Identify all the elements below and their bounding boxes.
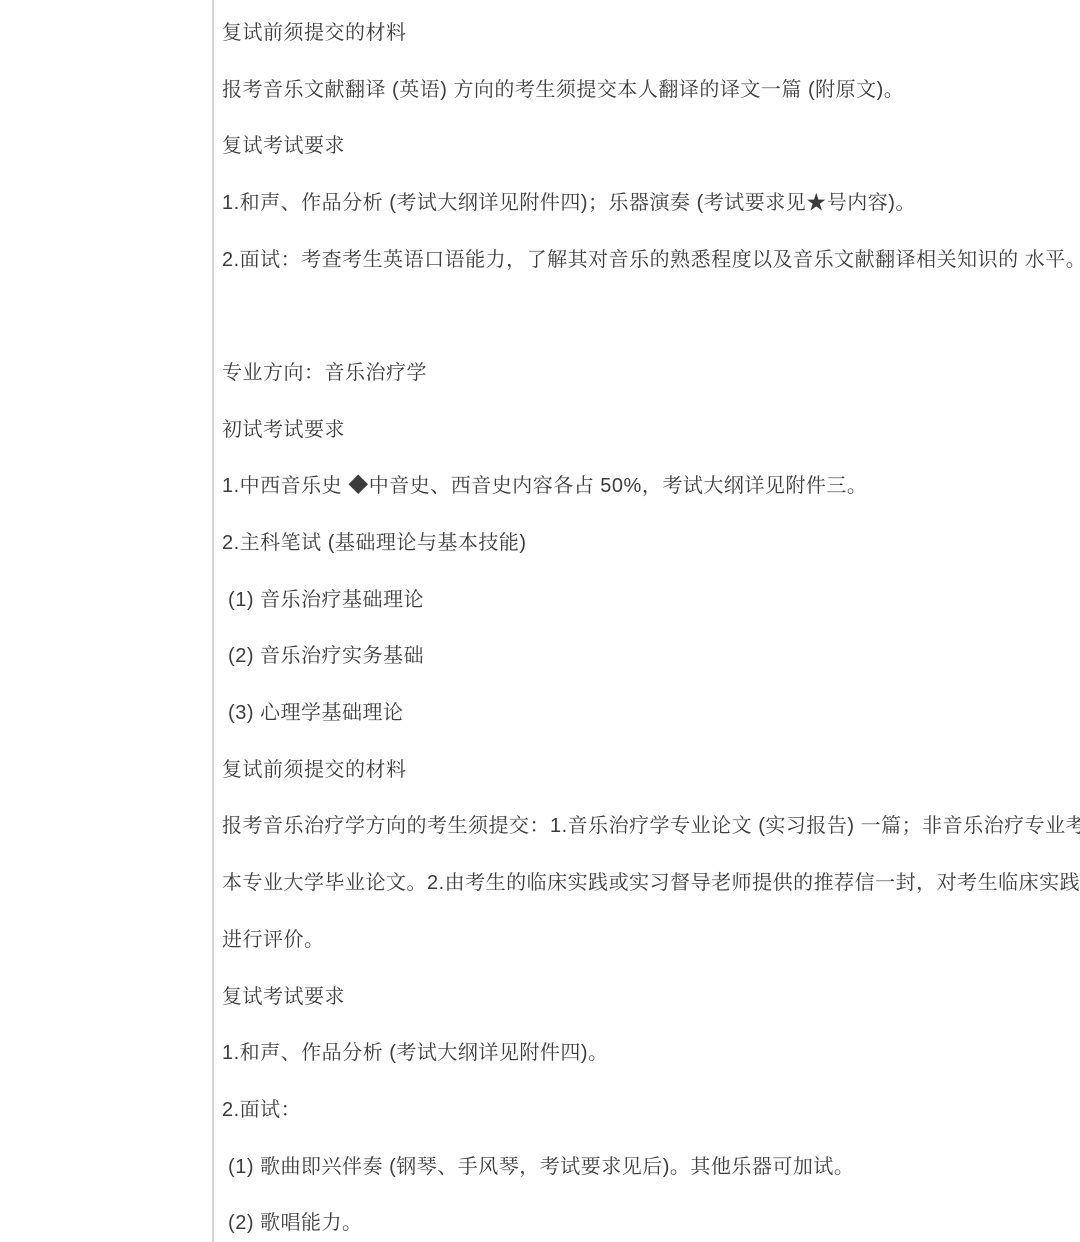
document-page: { "page": { "background_color": "#ffffff…	[0, 0, 1080, 1242]
document-line: 专业方向：音乐治疗学	[222, 342, 1080, 399]
document-line: 复试考试要求	[222, 115, 1080, 172]
document-line: 2.面试：考查考生英语口语能力，了解其对音乐的熟悉程度以及音乐文献翻译相关知识的…	[222, 229, 1080, 286]
document-line: 初试考试要求	[222, 399, 1080, 456]
document-line: 1.和声、作品分析 (考试大纲详见附件四)。	[222, 1022, 1080, 1079]
document-line: 2.面试：	[222, 1079, 1080, 1136]
document-line: (2) 歌唱能力。	[222, 1192, 1080, 1242]
document-line: (1) 歌曲即兴伴奏 (钢琴、手风琴，考试要求见后)。其他乐器可加试。	[222, 1136, 1080, 1193]
document-line: (3) 心理学基础理论	[222, 682, 1080, 739]
document-line: 本专业大学毕业论文。2.由考生的临床实践或实习督导老师提供的推荐信一封，对考生临…	[222, 852, 1080, 909]
document-content: 复试前须提交的材料报考音乐文献翻译 (英语) 方向的考生须提交本人翻译的译文一篇…	[222, 2, 1080, 1242]
document-line: 2.主科笔试 (基础理论与基本技能)	[222, 512, 1080, 569]
document-line: 复试前须提交的材料	[222, 2, 1080, 59]
document-line: 1.中西音乐史 ◆中音史、西音史内容各占 50%，考试大纲详见附件三。	[222, 456, 1080, 513]
document-line: (1) 音乐治疗基础理论	[222, 569, 1080, 626]
document-line: 复试考试要求	[222, 966, 1080, 1023]
table-left-border-divider	[212, 0, 214, 1242]
document-line: 报考音乐文献翻译 (英语) 方向的考生须提交本人翻译的译文一篇 (附原文)。	[222, 59, 1080, 116]
document-line: 1.和声、作品分析 (考试大纲详见附件四)；乐器演奏 (考试要求见★号内容)。	[222, 172, 1080, 229]
document-line: 进行评价。	[222, 909, 1080, 966]
document-line: 报考音乐治疗学方向的考生须提交：1.音乐治疗学专业论文 (实习报告) 一篇；非音…	[222, 796, 1080, 853]
document-line: 复试前须提交的材料	[222, 739, 1080, 796]
document-line	[222, 285, 1080, 342]
document-line: (2) 音乐治疗实务基础	[222, 626, 1080, 683]
